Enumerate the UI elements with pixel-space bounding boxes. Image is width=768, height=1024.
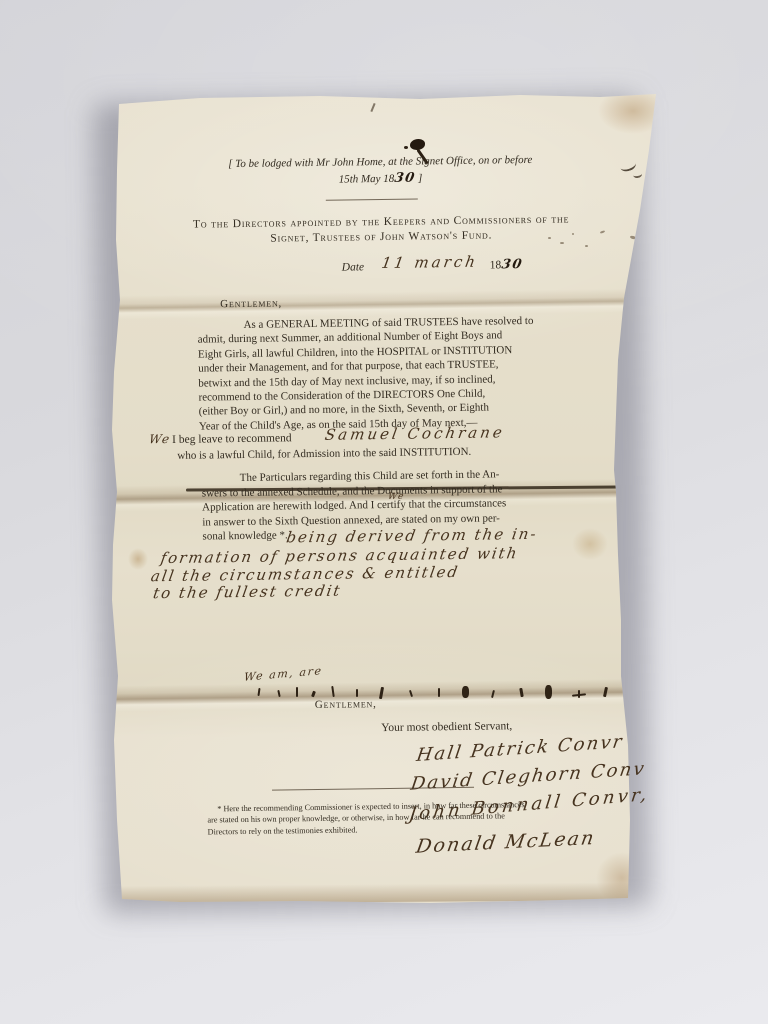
handwritten-child-name: Samuel Cochrane bbox=[324, 423, 507, 444]
date-label: Date bbox=[342, 261, 365, 273]
salutation-1: Gentlemen, bbox=[220, 297, 282, 310]
handwritten-year-overwrite: 30 bbox=[393, 171, 417, 186]
document-text-layer: [ To be lodged with Mr John Home, at the… bbox=[0, 0, 768, 1024]
lodging-instruction-line2: 15th May 18 bbox=[339, 173, 395, 186]
printed-year: 18 bbox=[490, 259, 502, 271]
handwritten-note-line: to the fullest credit bbox=[152, 582, 343, 603]
recommend-line2: who is a lawful Child, for Admission int… bbox=[177, 446, 471, 462]
handwritten-date: 11 march bbox=[380, 253, 479, 272]
separator-rule bbox=[326, 199, 418, 201]
footnote: * Here the recommending Commissioner is … bbox=[207, 799, 541, 838]
salutation-2: Gentlemen, bbox=[315, 698, 377, 711]
closing-line: Your most obedient Servant, bbox=[381, 720, 512, 734]
address-line2: Signet, Trustees of John Watson's Fund. bbox=[136, 228, 626, 247]
handwritten-we-insert: We bbox=[148, 432, 172, 446]
handwritten-note-line: being derived from the in- bbox=[285, 525, 539, 547]
recommend-printed-text: I beg leave to recommend bbox=[172, 432, 292, 446]
paragraph-1: As a GENERAL MEETING of said TRUSTEES ha… bbox=[197, 314, 531, 434]
signature: Hall Patrick Convr bbox=[415, 731, 625, 766]
handwritten-scribble: We am, are bbox=[243, 664, 323, 684]
handwritten-year: 30 bbox=[500, 257, 524, 272]
photograph-of-document: [ To be lodged with Mr John Home, at the… bbox=[0, 0, 768, 1024]
handwritten-we-above-certify: We bbox=[387, 492, 405, 502]
lodging-instruction-close-bracket: ] bbox=[415, 172, 422, 184]
